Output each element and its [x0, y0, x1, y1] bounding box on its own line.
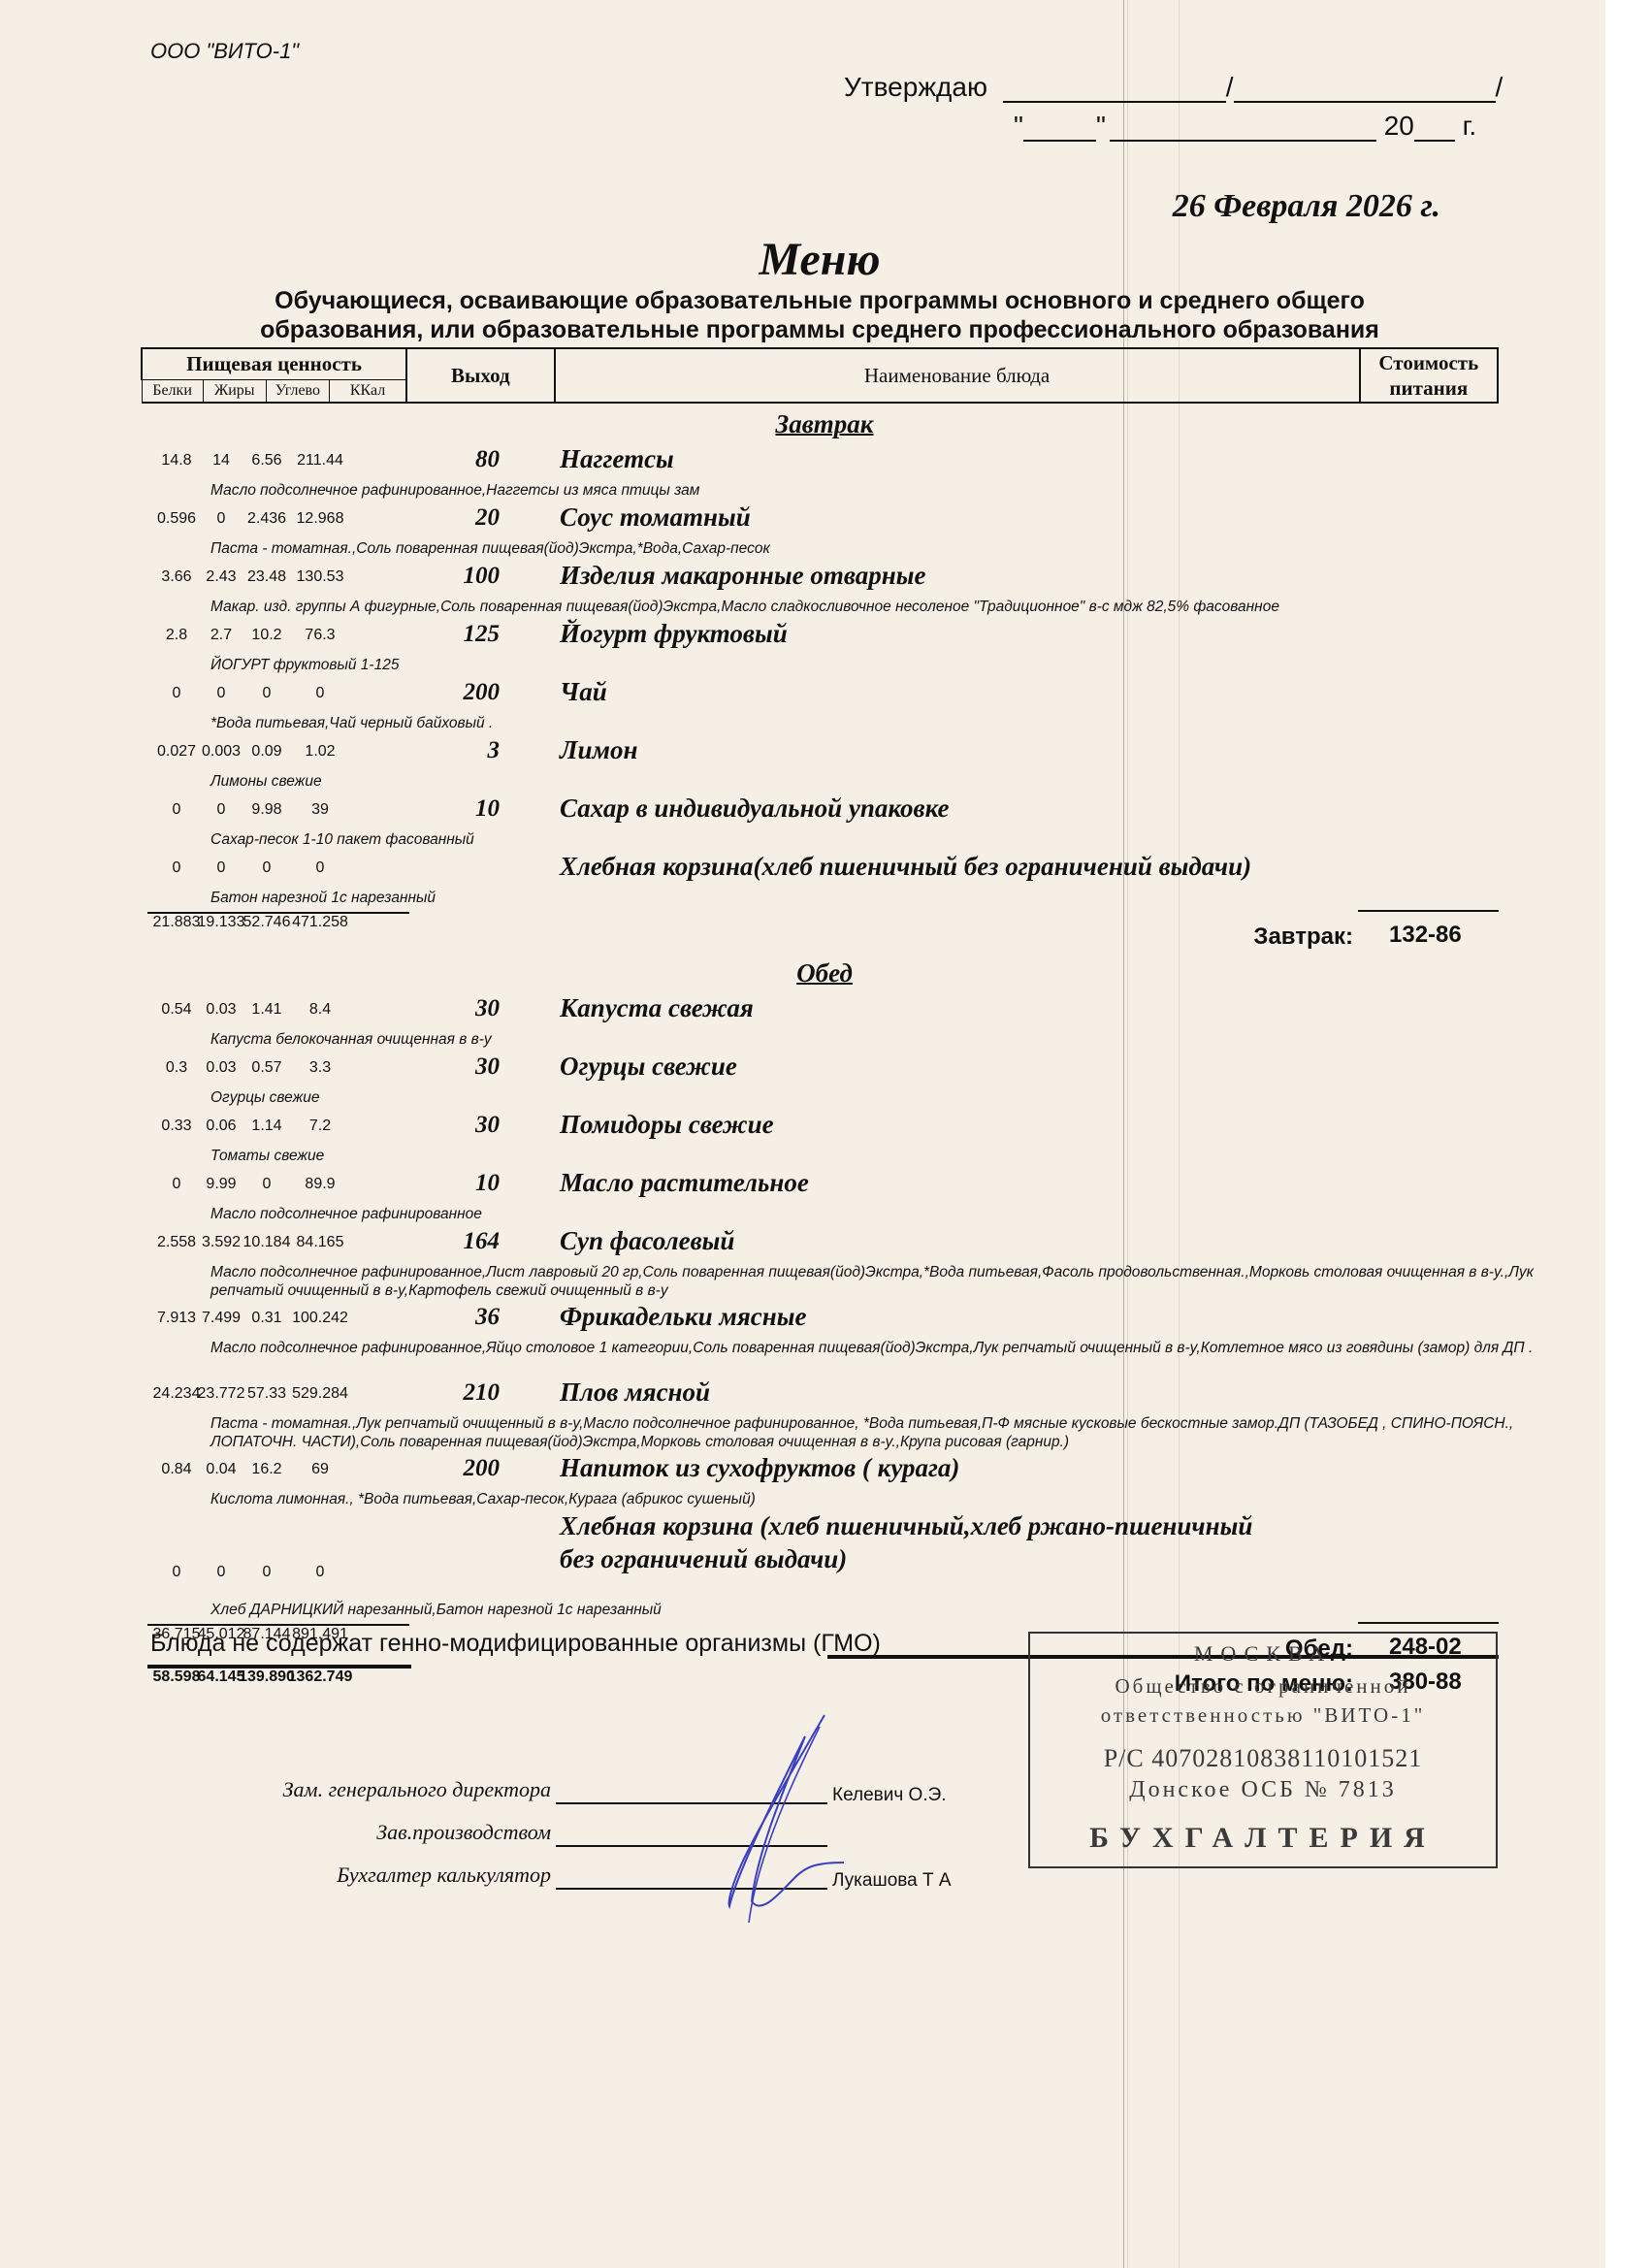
grand-total-kcal: 1362.749: [276, 1669, 364, 1686]
dish-name-header: Наименование блюда: [555, 348, 1360, 403]
menu-item-nutrition-kcal: 39: [276, 801, 364, 819]
menu-item-yield: 20: [422, 504, 500, 532]
menu-item-name: Масло растительное: [560, 1168, 809, 1198]
menu-item-name: Фрикадельки мясные: [560, 1302, 806, 1332]
menu-item-nutrition-kcal: 529.284: [276, 1385, 364, 1403]
menu-item-ingredients: Паста - томатная.,Лук репчатый очищенный…: [210, 1414, 1559, 1451]
stamp-org-line-2: ответственностью "ВИТО-1": [1030, 1703, 1496, 1728]
subtitle-line-1: Обучающиеся, осваивающие образовательные…: [0, 287, 1639, 315]
signature-role: Зав.производством: [211, 1820, 551, 1845]
organization-name: ООО "ВИТО-1": [150, 39, 299, 64]
menu-item-ingredients: Хлеб ДАРНИЦКИЙ нарезанный,Батон нарезной…: [210, 1601, 1559, 1619]
menu-item-ingredients: Макар. изд. группы А фигурные,Соль повар…: [210, 598, 1559, 616]
year-suffix: г.: [1463, 111, 1477, 141]
menu-item-ingredients: Капуста белокочанная очищенная в в-у: [210, 1030, 1559, 1049]
fat-header: Жиры: [203, 379, 266, 403]
separator: /: [1496, 72, 1503, 102]
menu-item-name: Напиток из сухофруктов ( курага): [560, 1453, 959, 1483]
menu-item-yield: 36: [422, 1304, 500, 1331]
approval-date-line: "" 20 г.: [1014, 111, 1476, 142]
year-prefix: 20: [1384, 111, 1414, 141]
document-page: ООО "ВИТО-1" Утверждаю // "" 20 г. 26 Фе…: [0, 0, 1605, 2268]
cost-header-line-1: Стоимость: [1361, 350, 1497, 375]
menu-item-nutrition-kcal: 8.4: [276, 1001, 364, 1019]
signature-role: Бухгалтер калькулятор: [211, 1863, 551, 1888]
menu-item-nutrition-kcal: 211.44: [276, 452, 364, 470]
menu-item-name: Хлебная корзина (хлеб пшеничный,хлеб ржа…: [560, 1511, 1252, 1541]
menu-item-yield: 200: [422, 679, 500, 706]
section-total-kcal: 471.258: [276, 914, 364, 931]
quote: ": [1014, 111, 1023, 141]
subtitle-line-2: образования, или образовательные програм…: [0, 316, 1639, 344]
menu-item-yield: 100: [422, 563, 500, 590]
menu-item-name: Помидоры свежие: [560, 1110, 774, 1140]
stamp-department: БУХГАЛТЕРИЯ: [1030, 1822, 1496, 1855]
month-blank: [1110, 116, 1376, 142]
menu-item-yield: 30: [422, 1053, 500, 1081]
section-title: Обед: [0, 958, 1649, 988]
menu-item-nutrition-kcal: 69: [276, 1461, 364, 1478]
approval-line: Утверждаю //: [844, 72, 1503, 103]
yield-header: Выход: [406, 348, 554, 403]
handwritten-signature-icon: [660, 1707, 854, 1930]
menu-item-nutrition-kcal: 3.3: [276, 1059, 364, 1077]
quote: ": [1096, 111, 1106, 141]
menu-item-ingredients: Масло подсолнечное рафинированное,Лист л…: [210, 1263, 1559, 1300]
approve-label: Утверждаю: [844, 72, 987, 102]
menu-item-nutrition-kcal: 89.9: [276, 1176, 364, 1193]
menu-item-nutrition-kcal: 84.165: [276, 1234, 364, 1251]
menu-item-ingredients: Томаты свежие: [210, 1147, 1559, 1165]
cost-rule: [1358, 910, 1499, 912]
menu-item-nutrition-kcal: 0: [276, 685, 364, 702]
menu-item-name: Изделия макаронные отварные: [560, 561, 925, 591]
menu-item-ingredients: Масло подсолнечное рафинированное,Яйцо с…: [210, 1339, 1559, 1357]
menu-item-ingredients: Батон нарезной 1с нарезанный: [210, 889, 1559, 907]
section-title: Завтрак: [0, 409, 1649, 439]
menu-item-name: Капуста свежая: [560, 993, 754, 1023]
menu-item-ingredients: Лимоны свежие: [210, 772, 1559, 791]
menu-item-name: Наггетсы: [560, 444, 674, 474]
menu-item-name: Плов мясной: [560, 1377, 710, 1408]
menu-item-nutrition-kcal: 1.02: [276, 743, 364, 761]
menu-table-header: Пищевая ценность Выход Наименование блюд…: [141, 347, 1499, 404]
menu-item-nutrition-kcal: 100.242: [276, 1310, 364, 1327]
menu-item-name: Лимон: [560, 735, 638, 765]
approver-name-blank: [1234, 78, 1496, 103]
menu-item-nutrition-kcal: 76.3: [276, 627, 364, 644]
menu-item-yield: 10: [422, 795, 500, 823]
menu-item-ingredients: ЙОГУРТ фруктовый 1-125: [210, 656, 1559, 674]
stamp-account: Р/С 40702810838110101521: [1030, 1744, 1496, 1773]
separator: /: [1226, 72, 1234, 102]
menu-item-ingredients: Масло подсолнечное рафинированное: [210, 1205, 1559, 1223]
menu-item-ingredients: Кислота лимонная., *Вода питьевая,Сахар-…: [210, 1490, 1559, 1508]
nutrition-header: Пищевая ценность: [142, 348, 406, 379]
company-stamp: МОСКВА Общество с ограниченной ответстве…: [1028, 1632, 1498, 1868]
stamp-org-line-1: Общество с ограниченной: [1030, 1674, 1496, 1699]
menu-item-ingredients: Огурцы свежие: [210, 1088, 1559, 1107]
section-cost-value: 132-86: [1389, 922, 1462, 949]
menu-item-yield: 164: [422, 1228, 500, 1255]
menu-item-yield: 210: [422, 1379, 500, 1407]
cost-rule: [1358, 1622, 1499, 1624]
carbs-header: Углево: [266, 379, 329, 403]
menu-item-yield: 3: [422, 737, 500, 764]
menu-item-ingredients: *Вода питьевая,Чай черный байховый .: [210, 714, 1559, 732]
kcal-header: ККал: [329, 379, 406, 403]
day-blank: [1023, 116, 1096, 142]
menu-item-nutrition-kcal: 0: [276, 859, 364, 877]
approver-signature-blank: [1003, 78, 1226, 103]
cost-header-line-2: питания: [1361, 375, 1497, 401]
menu-item-nutrition-kcal: 130.53: [276, 568, 364, 586]
menu-item-yield: 30: [422, 1112, 500, 1139]
signature-role: Зам. генерального директора: [211, 1777, 551, 1802]
menu-item-name: Огурцы свежие: [560, 1052, 737, 1082]
menu-item-nutrition-kcal: 12.968: [276, 510, 364, 528]
year-blank: [1414, 116, 1455, 142]
menu-item-ingredients: Масло подсолнечное рафинированное,Наггет…: [210, 481, 1559, 500]
page-title: Меню: [0, 233, 1639, 286]
cost-header: Стоимость питания: [1360, 348, 1498, 403]
menu-item-yield: 200: [422, 1455, 500, 1482]
menu-item-nutrition-kcal: 0: [276, 1564, 364, 1581]
menu-item-ingredients: Паста - томатная.,Соль поваренная пищева…: [210, 539, 1559, 558]
menu-item-name: Йогурт фруктовый: [560, 619, 788, 649]
menu-item-yield: 125: [422, 621, 500, 648]
menu-item-yield: 10: [422, 1170, 500, 1197]
menu-item-yield: 30: [422, 995, 500, 1022]
menu-item-name: Соус томатный: [560, 502, 751, 533]
menu-item-ingredients: Сахар-песок 1-10 пакет фасованный: [210, 830, 1559, 849]
menu-item-yield: 80: [422, 446, 500, 473]
document-date: 26 Февраля 2026 г.: [1173, 188, 1440, 225]
menu-item-name: Чай: [560, 677, 607, 707]
stamp-city: МОСКВА: [1030, 1641, 1496, 1667]
section-cost-label: Завтрак:: [1115, 923, 1353, 951]
stamp-bank: Донское ОСБ № 7813: [1030, 1777, 1496, 1803]
menu-item-name: Сахар в индивидуальной упаковке: [560, 794, 949, 824]
gmo-note: Блюда не содержат генно-модифицированные…: [150, 1630, 881, 1658]
menu-item-name: Хлебная корзина(хлеб пшеничный без огран…: [560, 852, 1251, 882]
menu-item-name: Суп фасолевый: [560, 1226, 734, 1256]
menu-item-name-line-2: без ограничений выдачи): [560, 1544, 847, 1574]
protein-header: Белки: [142, 379, 203, 403]
menu-item-nutrition-kcal: 7.2: [276, 1118, 364, 1135]
